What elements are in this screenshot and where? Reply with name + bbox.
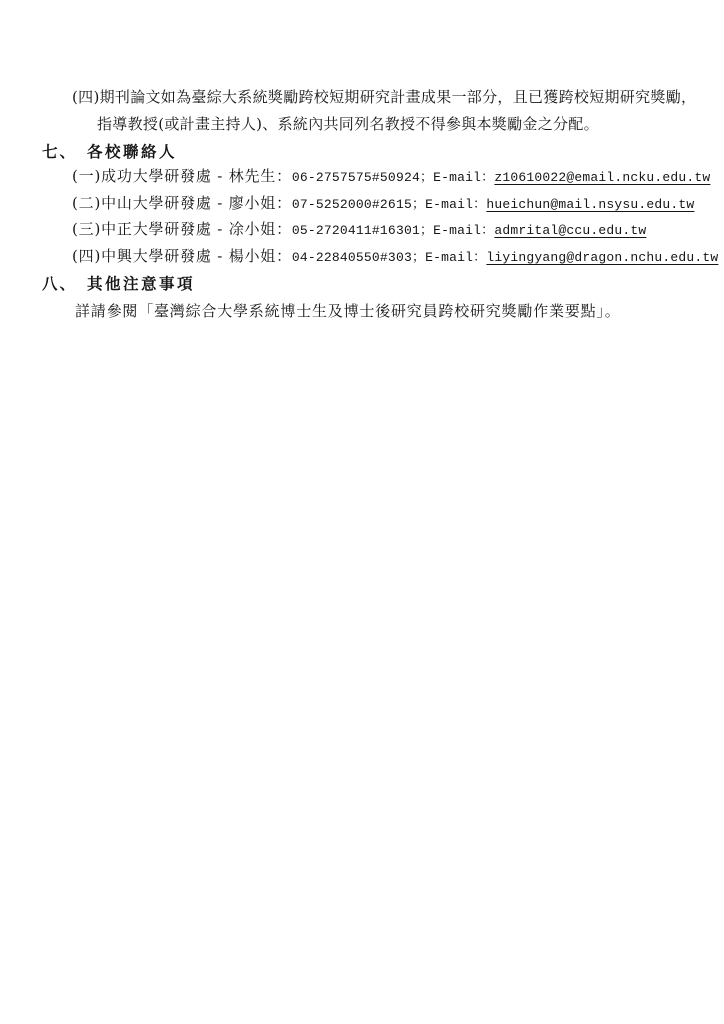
document-page: (四)期刊論文如為臺綜大系統獎勵跨校短期研究計畫成果一部分，且已獲跨校短期研究獎… xyxy=(0,0,724,1024)
contact-office-name: (三)中正大學研發處 - 凃小姐： xyxy=(72,220,292,238)
contact-email-label: ；E-mail： xyxy=(412,197,486,212)
contact-line-nsysu: (二)中山大學研發處 - 廖小姐：07-5252000#2615；E-mail：… xyxy=(72,191,678,218)
contact-email-link[interactable]: z10610022@email.ncku.edu.tw xyxy=(494,170,710,185)
contact-office-name: (四)中興大學研發處 - 楊小姐： xyxy=(72,247,292,265)
contact-office-name: (二)中山大學研發處 - 廖小姐： xyxy=(72,194,292,212)
contact-line-ccu: (三)中正大學研發處 - 凃小姐：05-2720411#16301；E-mail… xyxy=(72,217,678,244)
item-4-line-1: (四)期刊論文如為臺綜大系統獎勵跨校短期研究計畫成果一部分，且已獲跨校短期研究獎… xyxy=(72,84,678,111)
contact-email-link[interactable]: liyingyang@dragon.nchu.edu.tw xyxy=(486,250,718,265)
contact-phone: 07-5252000#2615 xyxy=(292,197,412,212)
contact-email-link[interactable]: admrital@ccu.edu.tw xyxy=(494,223,646,238)
contact-email-link[interactable]: hueichun@mail.nsysu.edu.tw xyxy=(486,197,694,212)
contact-email-label: ；E-mail： xyxy=(420,223,494,238)
section-8-heading: 八、其他注意事項 xyxy=(42,271,678,296)
contact-email-label: ；E-mail： xyxy=(420,170,494,185)
contact-office-name: (一)成功大學研發處 - 林先生： xyxy=(72,167,292,185)
section-7-title: 各校聯絡人 xyxy=(87,142,177,161)
contact-line-nchu: (四)中興大學研發處 - 楊小姐：04-22840550#303；E-mail：… xyxy=(72,244,678,271)
item-4-line-2: 指導教授(或計畫主持人)、系統內共同列名教授不得參與本獎勵金之分配。 xyxy=(97,111,678,138)
section-8-title: 其他注意事項 xyxy=(87,274,195,293)
contact-phone: 04-22840550#303 xyxy=(292,250,412,265)
contact-line-ncku: (一)成功大學研發處 - 林先生：06-2757575#50924；E-mail… xyxy=(72,164,678,191)
contact-email-label: ；E-mail： xyxy=(412,250,486,265)
contact-phone: 05-2720411#16301 xyxy=(292,223,420,238)
section-7-heading: 七、各校聯絡人 xyxy=(42,139,678,164)
section-8-number: 八、 xyxy=(42,274,77,293)
contact-phone: 06-2757575#50924 xyxy=(292,170,420,185)
item-4-paragraph: (四)期刊論文如為臺綜大系統獎勵跨校短期研究計畫成果一部分，且已獲跨校短期研究獎… xyxy=(42,84,678,138)
section-7-number: 七、 xyxy=(42,142,77,161)
section-8-body: 詳請參閱「臺灣綜合大學系統博士生及博士後研究員跨校研究獎勵作業要點」。 xyxy=(75,298,678,324)
